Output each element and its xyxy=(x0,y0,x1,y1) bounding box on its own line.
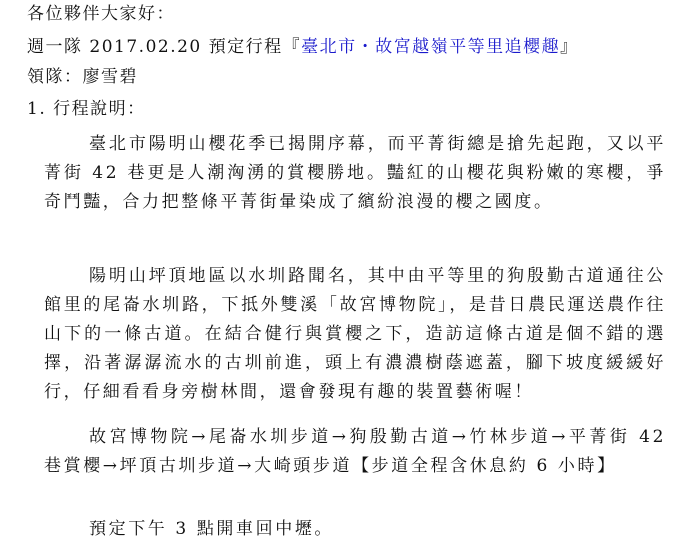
trip-title: 臺北市・故宮越嶺平等里追櫻趣 xyxy=(301,37,560,57)
team-schedule-line: 週一隊 2017.02.20 預定行程『臺北市・故宮越嶺平等里追櫻趣』 xyxy=(27,36,579,58)
open-quote: 『 xyxy=(283,37,302,57)
greeting: 各位夥伴大家好： xyxy=(27,3,175,25)
section-title: 1. 行程說明： xyxy=(27,98,146,120)
leader-line: 領隊：廖雪碧 xyxy=(27,66,138,88)
paragraph-departure: 預定下午 3 點開車回中壢。 xyxy=(44,515,666,544)
team-schedule-prefix: 週一隊 2017.02.20 預定行程 xyxy=(27,37,283,57)
paragraph-trail-description: 陽明山坪頂地區以水圳路聞名，其中由平等里的狗殷勤古道通往公館里的尾崙水圳路，下抵… xyxy=(44,262,666,407)
paragraph-route: 故宮博物院→尾崙水圳步道→狗殷勤古道→竹林步道→平菁街 42 巷賞櫻→坪頂古圳步… xyxy=(44,423,666,481)
paragraph-intro: 臺北市陽明山櫻花季已揭開序幕，而平菁街總是搶先起跑，又以平菁街 42 巷更是人潮… xyxy=(44,130,666,217)
close-quote: 』 xyxy=(560,37,579,57)
